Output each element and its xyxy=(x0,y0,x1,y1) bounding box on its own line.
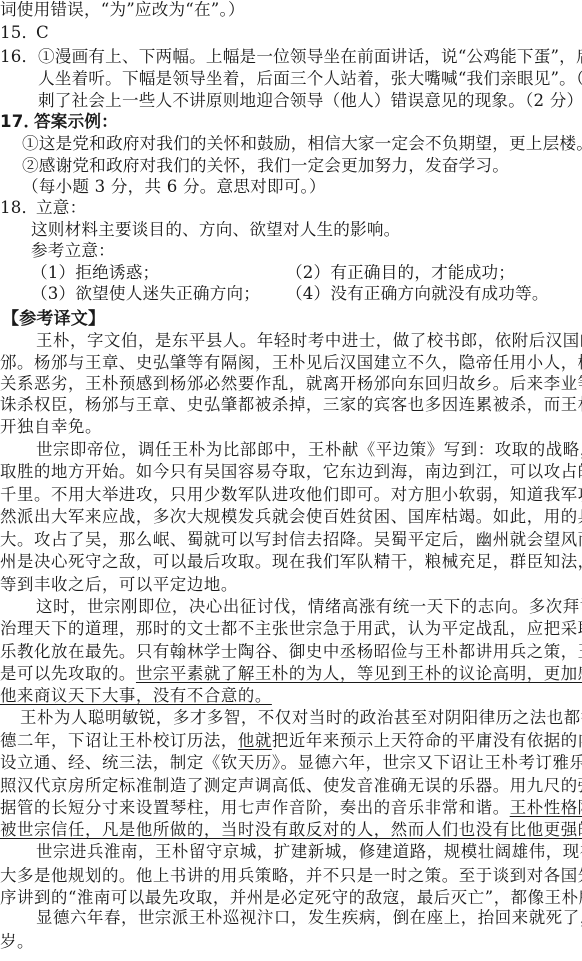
question-16-line-1: 16．①漫画有上、下两幅。上幅是一位领导坐在前面讲话，说“公鸡能下蛋”，后面有三… xyxy=(0,47,582,67)
translation-line: 显德六年春，世宗派王朴巡视汴口，发生疾病，倒在座上，抬回来就死了，享年五十四 xyxy=(36,908,582,928)
question-18-summary: 这则材料主要谈目的、方向、欲望对人生的影响。 xyxy=(31,220,582,240)
translation-line: 照汉代京房所定标准制造了测定声调高低、使发音准确无误的乐器。用九尺的弦十三根，依 xyxy=(0,776,582,796)
question-number: 17． xyxy=(0,112,34,132)
answer-text: ①漫画有上、下两幅。上幅是一位领导坐在前面讲话，说“公鸡能下蛋”，后面有三个 xyxy=(38,47,582,66)
theme-point-1: （1）拒绝诱惑； xyxy=(31,263,159,282)
question-18-heading: 18．立意： xyxy=(0,198,582,218)
section-title: 立意： xyxy=(36,198,86,217)
translation-line: 王朴，字文伯，是东平县人。年轻时考中进士，做了校书郎，依附后汉国的枢密使杨 xyxy=(36,331,582,351)
translation-line: 治理天下的道理，那时的文士都不主张世宗急于用武，认为平定战乱，应把采取措施加强礼 xyxy=(0,619,582,639)
translation-line: 开独自幸免。 xyxy=(0,417,582,437)
translation-line: 世宗即帝位，调任王朴为比部郎中，王朴献《平边策》写到：攻取的战略，应该从容易 xyxy=(36,440,582,460)
question-18-points-row-1: （1）拒绝诱惑； （2）有正确目的，才能成功； xyxy=(31,263,582,283)
theme-point-3: （3）欲望使人迷失正确方向； xyxy=(31,284,260,303)
question-18-reference-label: 参考立意： xyxy=(31,241,582,261)
question-17-example-2: ②感谢党和政府对我们的关怀，我们一定会更加努力，发奋学习。 xyxy=(22,156,582,176)
theme-point-4: （4）没有正确方向就没有成功等。 xyxy=(286,284,549,304)
translation-line: 是可以先攻取的。世宗平素就了解王朴的为人，等见到王朴的议论高明，更加感到惊奇，召 xyxy=(0,664,582,684)
translation-line: 德二年，下诏让王朴校订历法，他就把近年来预示上天符命的平庸没有依据的内容都去掉， xyxy=(0,731,582,751)
translation-line: 千里。不用大举进攻，只用少数军队进攻他们即可。对方胆小软弱，知道我军攻入其地，必 xyxy=(0,485,582,505)
plain-text: 德二年，下诏让王朴校订历法， xyxy=(0,731,238,750)
question-number: 16． xyxy=(0,47,38,67)
translation-line: 大多是他规划的。他上书讲的用兵策略，并不只是一时之策。至于谈到对各国先后消灭的次 xyxy=(0,866,582,886)
section-title: 答案示例： xyxy=(34,112,118,131)
translation-line: 据管的长短分寸来设置琴柱，用七声作音阶，奏出的音乐非常和谐。王朴性格刚强果断，又 xyxy=(0,798,582,818)
question-17-heading: 17．答案示例： xyxy=(0,112,582,132)
translation-line: 取胜的地方开始。如今只有吴国容易夺取，它东边到海，南边到江，可以攻占的地方足有二 xyxy=(0,462,582,482)
translation-line: 世宗进兵淮南，王朴留守京城，扩建新城，修建道路，规模壮阔雄伟，现在京城的规制， xyxy=(36,842,582,862)
translation-line: 州是决心死守之敌，可以最后攻取。现在我们军队精干，粮械充足，群臣知法，将士效忠， xyxy=(0,552,582,572)
underlined-key-sentence: 被世宗信任，凡是他所做的，当时没有敢反对的人，然而人们也没有比他更强的地方 xyxy=(0,820,582,839)
translation-line: 关系恶劣，王朴预感到杨邠必然要作乱，就离开杨邠向东回归故乡。后来李业等人教唆隐帝 xyxy=(0,374,582,394)
question-number: 15． xyxy=(0,23,36,43)
plain-text: 据管的长短分寸来设置琴柱，用七声作音阶，奏出的音乐非常和谐。 xyxy=(0,798,510,817)
translation-line: 他来商议天下大事，没有不合意的。 xyxy=(0,686,582,706)
translation-line: 岁。 xyxy=(0,932,582,952)
question-15: 15．C xyxy=(0,23,582,43)
question-16-line-3: 刺了社会上一些人不讲原则地迎合领导（他人）错误意见的现象。（2 分） xyxy=(38,91,582,111)
translation-line: 等到丰收之后，可以平定边地。 xyxy=(0,575,582,595)
translation-line: 乐教化放在最先。只有翰林学士陶谷、御史中丞杨昭俭与王朴都讲用兵之策，王朴认为江淮 xyxy=(0,642,582,662)
question-17-example-1: ①这是党和政府对我们的关怀和鼓励，相信大家一定会不负期望，更上层楼。 xyxy=(22,134,582,154)
translation-line: 大。攻占了吴，那么岷、蜀就可以写封信去招降。吴蜀平定后，幽州就会望风而降。只有并 xyxy=(0,530,582,550)
plain-text: 把近年来预示上天符命的平庸没有依据的内容都去掉， xyxy=(272,731,582,750)
translation-line: 设立通、经、统三法，制定《钦天历》。显德六年，世宗又下诏让王朴考订雅乐，王朴就依 xyxy=(0,753,582,773)
underlined-key-sentence: 世宗平素就了解王朴的为人，等见到王朴的议论高明，更加感到惊奇，召 xyxy=(136,664,582,683)
underlined-key-sentence: 王朴性格刚强果断，又 xyxy=(510,798,582,817)
translation-line: 邠。杨邠与王章、史弘肇等有隔阂，王朴见后汉国建立不久，隐帝任用小人，杨邠又与将相 xyxy=(0,353,582,373)
translation-line: 被世宗信任，凡是他所做的，当时没有敢反对的人，然而人们也没有比他更强的地方。 xyxy=(0,820,582,840)
answer-continuation-line: 词使用错误，“为”应改为“在”。） xyxy=(0,0,582,20)
question-18-points-row-2: （3）欲望使人迷失正确方向； （4）没有正确方向就没有成功等。 xyxy=(31,284,582,304)
underlined-key-sentence: 他来商议天下大事，没有不合意的。 xyxy=(0,686,272,705)
answer-value: C xyxy=(36,23,49,42)
plain-text: 是可以先攻取的。 xyxy=(0,664,136,683)
translation-line: 然派出大军来应战，多次大规模发兵就会使百姓贫困、国库枯竭。如此，用的兵力少而收获 xyxy=(0,507,582,527)
theme-point-2: （2）有正确目的，才能成功； xyxy=(286,263,515,283)
translation-line: 序讲到的“淮南可以最先攻取，并州是必定死守的敌寇，最后灭亡”，都像王朴所预言的。 xyxy=(0,888,582,908)
question-16-line-2: 人坐着听。下幅是领导坐着，后面三个人站着，张大嘴喊“我们亲眼见”。（3 分）②讽 xyxy=(38,69,582,89)
question-number: 18． xyxy=(0,198,36,218)
underlined-key-sentence: 他就 xyxy=(238,731,272,750)
translation-line: 诛杀权臣，杨邠与王章、史弘肇都被杀掉，三家的宾客也多因连累被杀，而王朴因为早已离 xyxy=(0,395,582,415)
question-17-scoring-note: （每小题 3 分，共 6 分。意思对即可。） xyxy=(22,177,582,197)
translation-line: 这时，世宗刚即位，决心出征讨伐，情绪高涨有统一天下的志向。多次拜访大臣求问 xyxy=(36,597,582,617)
translation-heading: 【参考译文】 xyxy=(2,309,582,329)
translation-line: 王朴为人聪明敏锐，多才多智，不仅对当时的政治甚至对阴阳律历之法也都很精通。显 xyxy=(20,708,582,728)
